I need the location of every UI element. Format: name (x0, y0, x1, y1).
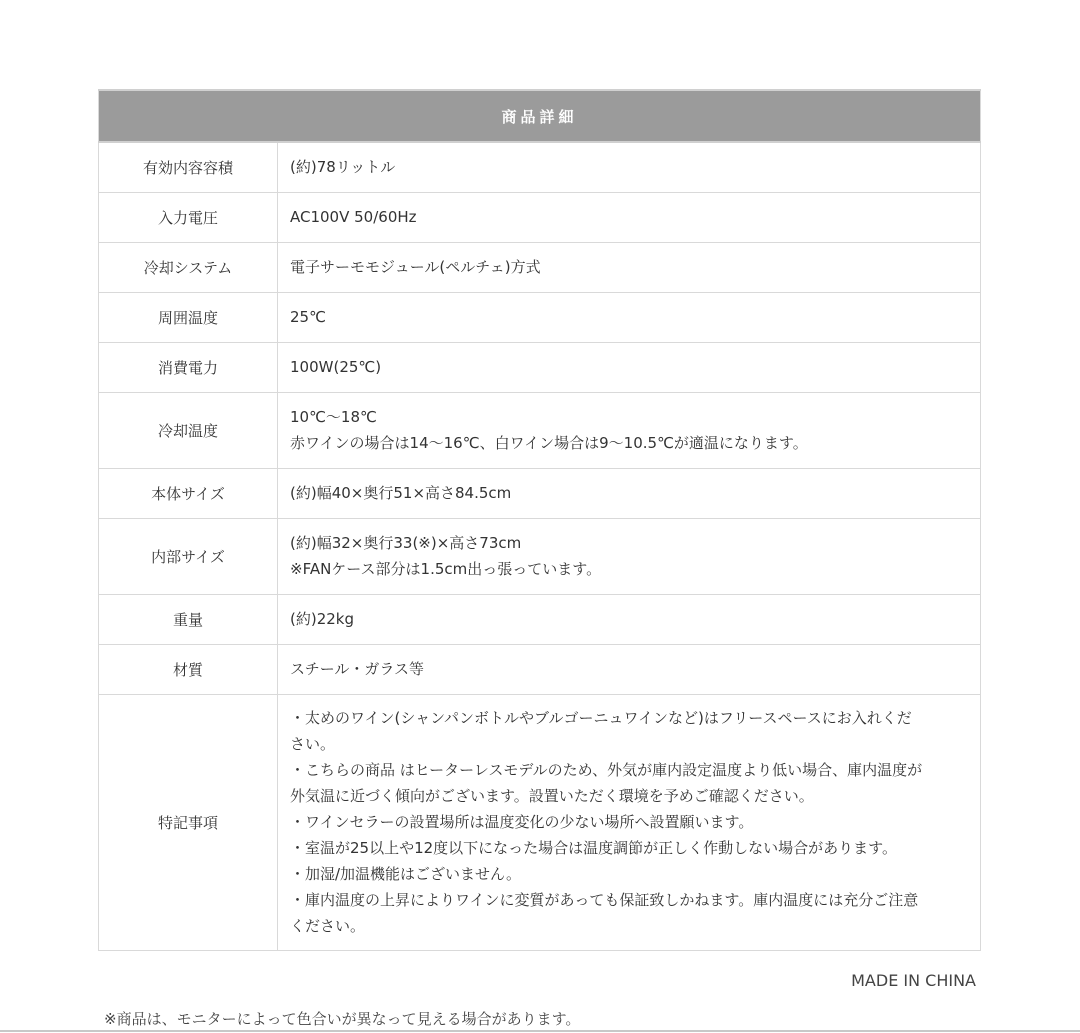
table-row-voltage: 入力電圧 AC100V 50/60Hz (99, 192, 981, 242)
row-label: 材質 (99, 644, 278, 694)
row-value: (約)幅40×奥行51×高さ84.5cm (278, 468, 981, 518)
row-value: (約)78リットル (278, 142, 981, 192)
value-line: (約)幅40×奥行51×高さ84.5cm (290, 480, 968, 506)
row-label: 本体サイズ (99, 468, 278, 518)
row-label: 有効内容容積 (99, 142, 278, 192)
table-row-weight: 重量 (約)22kg (99, 594, 981, 644)
row-value: (約)幅32×奥行33(※)×高さ73cm ※FANケース部分は1.5cm出っ張… (278, 518, 981, 594)
note-line: さい。 (290, 731, 968, 757)
row-label: 重量 (99, 594, 278, 644)
note-line: ・ワインセラーの設置場所は温度変化の少ない場所へ設置願います。 (290, 809, 968, 835)
row-label: 内部サイズ (99, 518, 278, 594)
row-value: 電子サーモモジュール(ペルチェ)方式 (278, 242, 981, 292)
row-value: (約)22kg (278, 594, 981, 644)
note-line: ・庫内温度の上昇によりワインに変質があっても保証致しかねます。庫内温度には充分ご… (290, 887, 968, 913)
table-row-body-size: 本体サイズ (約)幅40×奥行51×高さ84.5cm (99, 468, 981, 518)
note-line: ・加湿/加温機能はございません。 (290, 861, 968, 887)
row-label: 冷却システム (99, 242, 278, 292)
note-line: ください。 (290, 913, 968, 939)
note-line: ・室温が25以上や12度以下になった場合は温度調節が正しく作動しない場合がありま… (290, 835, 968, 861)
bottom-divider (0, 1030, 1080, 1032)
value-line: ※FANケース部分は1.5cm出っ張っています。 (290, 556, 968, 582)
product-details-table: 商品詳細 有効内容容積 (約)78リットル 入力電圧 AC100V 50/60H… (98, 89, 981, 951)
value-line: スチール・ガラス等 (290, 656, 968, 682)
value-line: 25℃ (290, 304, 968, 330)
table-row-material: 材質 スチール・ガラス等 (99, 644, 981, 694)
row-label: 消費電力 (99, 342, 278, 392)
table-row-capacity: 有効内容容積 (約)78リットル (99, 142, 981, 192)
value-line: 電子サーモモジュール(ペルチェ)方式 (290, 254, 968, 280)
note-line: 外気温に近づく傾向がございます。設置いただく環境を予めご確認ください。 (290, 783, 968, 809)
row-value: 25℃ (278, 292, 981, 342)
table-row-power: 消費電力 100W(25℃) (99, 342, 981, 392)
row-label: 入力電圧 (99, 192, 278, 242)
row-value: スチール・ガラス等 (278, 644, 981, 694)
row-label: 冷却温度 (99, 392, 278, 468)
row-value: AC100V 50/60Hz (278, 192, 981, 242)
table-row-cooling-temp: 冷却温度 10℃〜18℃ 赤ワインの場合は14〜16℃、白ワイン場合は9〜10.… (99, 392, 981, 468)
table-title: 商品詳細 (99, 90, 981, 142)
value-line: (約)幅32×奥行33(※)×高さ73cm (290, 530, 968, 556)
table-row-ambient-temp: 周囲温度 25℃ (99, 292, 981, 342)
row-value: 100W(25℃) (278, 342, 981, 392)
value-line: (約)78リットル (290, 154, 968, 180)
row-value: ・太めのワイン(シャンパンボトルやブルゴーニュワインなど)はフリースペースにお入… (278, 694, 981, 950)
row-label: 特記事項 (99, 694, 278, 950)
color-disclaimer: ※商品は、モニターによって色合いが異なって見える場合があります。 (104, 1008, 580, 1029)
value-line: (約)22kg (290, 606, 968, 632)
value-line: 100W(25℃) (290, 354, 968, 380)
table-row-notes: 特記事項 ・太めのワイン(シャンパンボトルやブルゴーニュワインなど)はフリースペ… (99, 694, 981, 950)
row-value: 10℃〜18℃ 赤ワインの場合は14〜16℃、白ワイン場合は9〜10.5℃が適温… (278, 392, 981, 468)
note-line: ・こちらの商品 はヒーターレスモデルのため、外気が庫内設定温度より低い場合、庫内… (290, 757, 968, 783)
table-row-internal-size: 内部サイズ (約)幅32×奥行33(※)×高さ73cm ※FANケース部分は1.… (99, 518, 981, 594)
made-in-label: MADE IN CHINA (851, 971, 976, 990)
row-label: 周囲温度 (99, 292, 278, 342)
table-row-cooling-system: 冷却システム 電子サーモモジュール(ペルチェ)方式 (99, 242, 981, 292)
value-line: AC100V 50/60Hz (290, 204, 968, 230)
note-line: ・太めのワイン(シャンパンボトルやブルゴーニュワインなど)はフリースペースにお入… (290, 705, 968, 731)
value-line: 赤ワインの場合は14〜16℃、白ワイン場合は9〜10.5℃が適温になります。 (290, 430, 968, 456)
value-line: 10℃〜18℃ (290, 404, 968, 430)
